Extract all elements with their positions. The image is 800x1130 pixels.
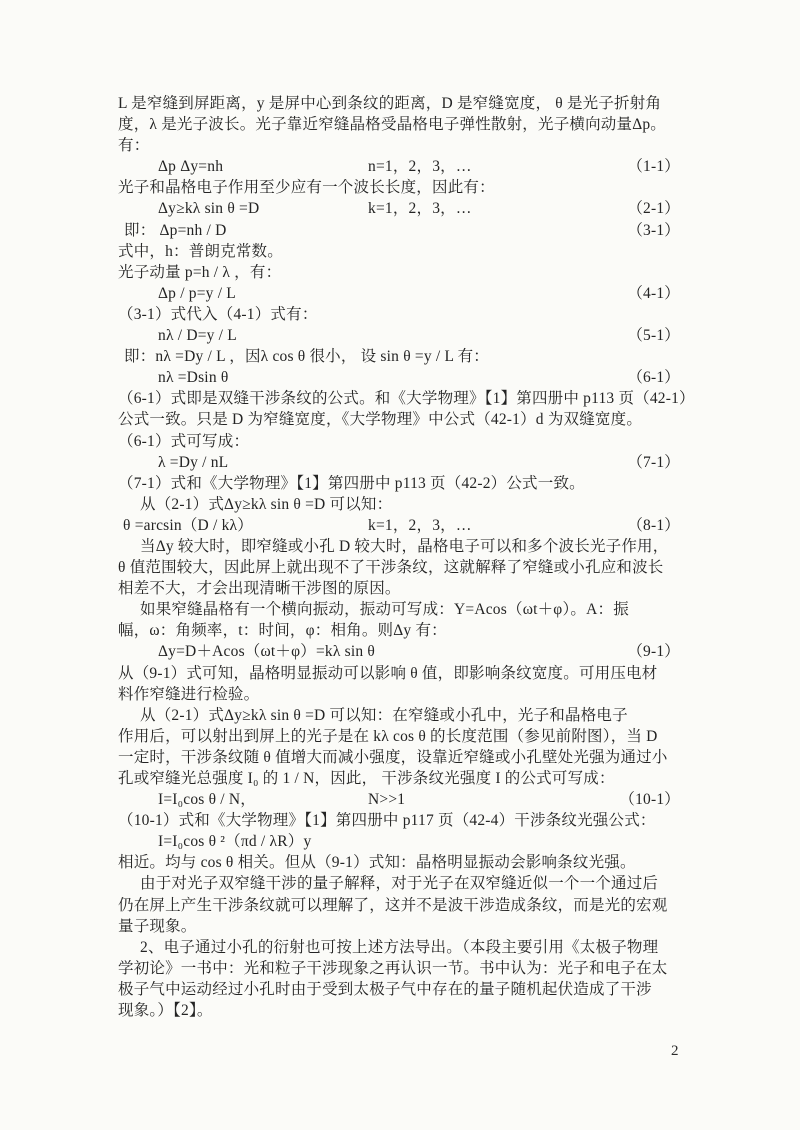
formula-expression: I=I₀cos θ ²（πd / λR）y — [158, 833, 311, 850]
text-run: 从（9-1）式可知，晶格明显振动可以影响 θ 值，即影响条纹宽度。可用压电材 — [118, 665, 657, 682]
text-line: 一定时，干涉条纹随 θ 值增大而减小强度，设靠近窄缝或小孔壁处光强为通过小 — [118, 747, 688, 768]
equation-number: （3-1） — [627, 220, 680, 241]
text-run: 作用后，可以射出到屏上的光子是在 kλ cos θ 的长度范围（参见前附图），当… — [118, 728, 658, 745]
text-run: （3-1）式代入（4-1）式有： — [118, 306, 318, 323]
formula-line: nλ / D=y / L（5-1） — [118, 325, 688, 346]
formula-line: λ =Dy / nL（7-1） — [118, 452, 688, 473]
text-run: 从（2-1）式Δy≥kλ sin θ =D 可以知：在窄缝或小孔中，光子和晶格电… — [140, 707, 628, 724]
formula-expression: Δp Δy=nh — [158, 158, 223, 175]
text-run: 从（2-1）式Δy≥kλ sin θ =D 可以知： — [140, 496, 392, 513]
text-line: 学初论》一书中：光和粒子干涉现象之再认识一节。书中认为：光子和电子在太 — [118, 958, 688, 979]
text-line: （3-1）式代入（4-1）式有： — [118, 304, 688, 325]
equation-number: （1-1） — [627, 156, 680, 177]
text-line: 度，λ 是光子波长。光子靠近窄缝晶格受晶格电子弹性散射，光子横向动量Δp。 — [118, 114, 688, 135]
text-run: 2、电子通过小孔的衍射也可按上述方法导出。（本段主要引用《太极子物理 — [140, 939, 658, 956]
text-run: 极子气中运动经过小孔时由于受到太极子气中存在的量子随机起伏造成了干涉 — [118, 981, 652, 998]
text-run: （10-1）式和《大学物理》【1】第四册中 p117 页（42-4）干涉条纹光强… — [118, 812, 656, 829]
text-line: 光子和晶格电子作用至少应有一个波长长度，因此有： — [118, 177, 688, 198]
text-line: 孔或窄缝光总强度 I₀ 的 1 / N，因此， 干涉条纹光强度 I 的公式可写成… — [118, 768, 688, 789]
text-line: 现象。）【2】。 — [118, 1000, 688, 1021]
formula-expression: Δp / p=y / L — [158, 285, 236, 302]
equation-number: （9-1） — [627, 641, 680, 662]
text-line: 由于对光子双窄缝干涉的量子解释，对于光子在双窄缝近似一个一个通过后 — [118, 873, 688, 894]
text-run: 相差不大，才会出现清晰干涉图的原因。 — [118, 580, 401, 597]
text-line: 料作窄缝进行检验。 — [118, 684, 688, 705]
text-run: 由于对光子双窄缝干涉的量子解释，对于光子在双窄缝近似一个一个通过后 — [140, 875, 658, 892]
text-run: 孔或窄缝光总强度 I₀ 的 1 / N，因此， 干涉条纹光强度 I 的公式可写成… — [118, 770, 615, 787]
text-run: （6-1）式即是双缝干涉条纹的公式。和《大学物理》【1】第四册中 p113 页（… — [118, 390, 695, 407]
text-line: （7-1）式和《大学物理》【1】第四册中 p113 页（42-2）公式一致。 — [118, 473, 688, 494]
document-page: L 是窄缝到屏距离，y 是屏中心到条纹的距离，D 是窄缝宽度， θ 是光子折射角… — [0, 0, 800, 1130]
text-run: 有： — [118, 137, 149, 154]
formula-condition: N>>1 — [368, 789, 405, 810]
text-line: 极子气中运动经过小孔时由于受到太极子气中存在的量子随机起伏造成了干涉 — [118, 979, 688, 1000]
text-run: 当Δy 较大时，即窄缝或小孔 D 较大时，晶格电子可以和多个波长光子作用， — [140, 538, 668, 555]
formula-line: θ =arcsin（D / kλ）k=1，2，3，…（8-1） — [118, 515, 688, 536]
equation-number: （4-1） — [627, 283, 680, 304]
text-run: 仍在屏上产生干涉条纹就可以理解了，这并不是波干涉造成条纹，而是光的宏观 — [118, 897, 668, 914]
text-run: 料作窄缝进行检验。 — [118, 686, 259, 703]
formula-expression: nλ =Dsin θ — [158, 369, 228, 386]
text-run: L 是窄缝到屏距离，y 是屏中心到条纹的距离，D 是窄缝宽度， θ 是光子折射角 — [118, 95, 661, 112]
equation-number: （7-1） — [627, 452, 680, 473]
text-run: （7-1）式和《大学物理》【1】第四册中 p113 页（42-2）公式一致。 — [118, 475, 585, 492]
formula-line: Δy=D＋Acos（ωt＋φ）=kλ sin θ（9-1） — [118, 641, 688, 662]
text-line: θ 值范围较大，因此屏上就出现不了干涉条纹，这就解释了窄缝或小孔应和波长 — [118, 557, 688, 578]
text-line: （6-1）式即是双缝干涉条纹的公式。和《大学物理》【1】第四册中 p113 页（… — [118, 388, 688, 409]
formula-line: Δp Δy=nhn=1，2，3，…（1-1） — [118, 156, 688, 177]
text-run: 式中，h：普朗克常数。 — [118, 243, 283, 260]
text-line: 如果窄缝晶格有一个横向振动，振动可写成：Y=Acos（ωt＋φ）。A：振 — [118, 599, 688, 620]
formula-expression: 即： Δp=nh / D — [124, 222, 226, 239]
page-number: 2 — [671, 1041, 679, 1062]
text-run: 一定时，干涉条纹随 θ 值增大而减小强度，设靠近窄缝或小孔壁处光强为通过小 — [118, 749, 668, 766]
formula-expression: Δy≥kλ sin θ =D — [158, 200, 259, 217]
equation-number: （2-1） — [627, 198, 680, 219]
formula-condition: n=1，2，3，… — [368, 156, 472, 177]
formula-condition: k=1，2，3，… — [368, 515, 472, 536]
text-run: 度，λ 是光子波长。光子靠近窄缝晶格受晶格电子弹性散射，光子横向动量Δp。 — [118, 116, 666, 133]
formula-condition: k=1，2，3，… — [368, 198, 472, 219]
text-run: 光子动量 p=h / λ ，有： — [118, 264, 281, 281]
formula-expression: λ =Dy / nL — [158, 454, 228, 471]
formula-expression: nλ / D=y / L — [158, 327, 237, 344]
text-line: 相近。均与 cos θ 相关。但从（9-1）式知：晶格明显振动会影响条纹光强。 — [118, 852, 688, 873]
formula-line: 即： Δp=nh / D（3-1） — [118, 220, 688, 241]
formula-line: Δy≥kλ sin θ =Dk=1，2，3，…（2-1） — [118, 198, 688, 219]
text-line: 相差不大，才会出现清晰干涉图的原因。 — [118, 578, 688, 599]
text-line: （6-1）式可写成： — [118, 431, 688, 452]
text-line: 幅，ω：角频率，t：时间，φ：相角。则Δy 有： — [118, 620, 688, 641]
text-line: L 是窄缝到屏距离，y 是屏中心到条纹的距离，D 是窄缝宽度， θ 是光子折射角 — [118, 93, 688, 114]
text-run: 公式一致。只是 D 为窄缝宽度，《大学物理》中公式（42-1）d 为双缝宽度。 — [118, 411, 642, 428]
text-run: 现象。）【2】。 — [118, 1002, 213, 1019]
text-line: 公式一致。只是 D 为窄缝宽度，《大学物理》中公式（42-1）d 为双缝宽度。 — [118, 409, 688, 430]
text-line: 量子现象。 — [118, 916, 688, 937]
text-run: 量子现象。 — [118, 918, 197, 935]
text-line: 有： — [118, 135, 688, 156]
equation-number: （10-1） — [619, 789, 680, 810]
text-run: 即：nλ =Dy / L ，因λ cos θ 很小， 设 sin θ =y / … — [124, 348, 489, 365]
text-run: 幅，ω：角频率，t：时间，φ：相角。则Δy 有： — [118, 622, 447, 639]
formula-line: nλ =Dsin θ（6-1） — [118, 367, 688, 388]
formula-expression: θ =arcsin（D / kλ） — [123, 517, 253, 534]
formula-expression: Δy=D＋Acos（ωt＋φ）=kλ sin θ — [158, 643, 375, 660]
equation-number: （8-1） — [627, 515, 680, 536]
text-run: 学初论》一书中：光和粒子干涉现象之再认识一节。书中认为：光子和电子在太 — [118, 960, 668, 977]
equation-number: （5-1） — [627, 325, 680, 346]
text-run: θ 值范围较大，因此屏上就出现不了干涉条纹，这就解释了窄缝或小孔应和波长 — [118, 559, 664, 576]
text-line: 当Δy 较大时，即窄缝或小孔 D 较大时，晶格电子可以和多个波长光子作用， — [118, 536, 688, 557]
text-run: （6-1）式可写成： — [118, 433, 249, 450]
formula-line: I=I₀cos θ ²（πd / λR）y — [118, 831, 688, 852]
text-line: （10-1）式和《大学物理》【1】第四册中 p117 页（42-4）干涉条纹光强… — [118, 810, 688, 831]
formula-line: Δp / p=y / L（4-1） — [118, 283, 688, 304]
text-line: 从（9-1）式可知，晶格明显振动可以影响 θ 值，即影响条纹宽度。可用压电材 — [118, 663, 688, 684]
text-run: 相近。均与 cos θ 相关。但从（9-1）式知：晶格明显振动会影响条纹光强。 — [118, 854, 636, 871]
formula-line: I=I₀cos θ / N，N>>1（10-1） — [118, 789, 688, 810]
text-line: 作用后，可以射出到屏上的光子是在 kλ cos θ 的长度范围（参见前附图），当… — [118, 726, 688, 747]
text-line: 2、电子通过小孔的衍射也可按上述方法导出。（本段主要引用《太极子物理 — [118, 937, 688, 958]
text-line: 从（2-1）式Δy≥kλ sin θ =D 可以知：在窄缝或小孔中，光子和晶格电… — [118, 705, 688, 726]
text-line: 仍在屏上产生干涉条纹就可以理解了，这并不是波干涉造成条纹，而是光的宏观 — [118, 895, 688, 916]
equation-number: （6-1） — [627, 367, 680, 388]
text-line: 从（2-1）式Δy≥kλ sin θ =D 可以知： — [118, 494, 688, 515]
text-line: 式中，h：普朗克常数。 — [118, 241, 688, 262]
formula-expression: I=I₀cos θ / N， — [158, 791, 256, 808]
text-run: 如果窄缝晶格有一个横向振动，振动可写成：Y=Acos（ωt＋φ）。A：振 — [140, 601, 629, 618]
text-line: 即：nλ =Dy / L ，因λ cos θ 很小， 设 sin θ =y / … — [118, 346, 688, 367]
text-line: 光子动量 p=h / λ ，有： — [118, 262, 688, 283]
text-run: 光子和晶格电子作用至少应有一个波长长度，因此有： — [118, 179, 495, 196]
text-block: L 是窄缝到屏距离，y 是屏中心到条纹的距离，D 是窄缝宽度， θ 是光子折射角… — [118, 93, 688, 1021]
